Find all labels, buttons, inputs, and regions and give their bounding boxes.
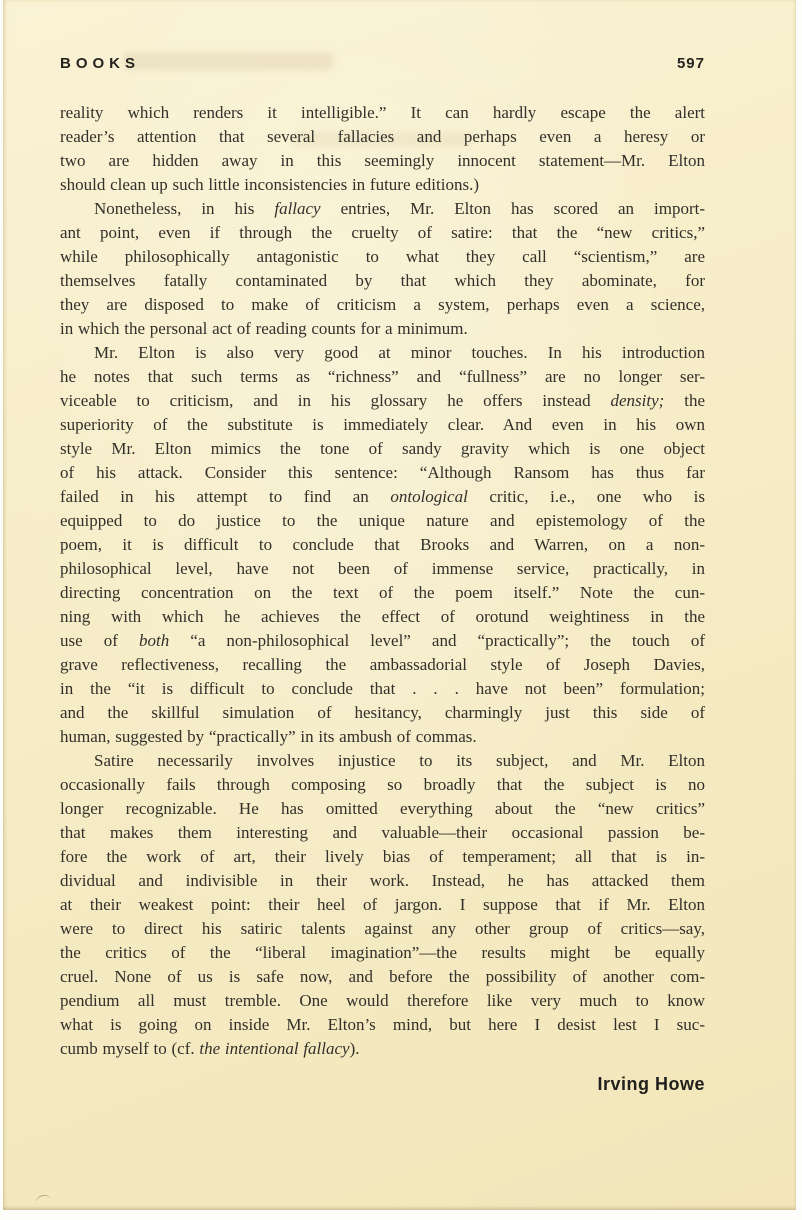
- paragraph: Mr. Elton is also very good at minor tou…: [60, 341, 705, 749]
- text-line: Satire necessarily involves injustice to…: [60, 749, 705, 773]
- text-line: at their weakest point: their heel of ja…: [60, 893, 705, 917]
- text-line: and the skillful simulation of hesitancy…: [60, 701, 705, 725]
- text-line: Nonetheless, in his fallacy entries, Mr.…: [60, 197, 705, 221]
- text-line: reality which renders it intelligible.” …: [60, 101, 705, 125]
- text-line: reader’s attention that several fallacie…: [60, 125, 705, 149]
- text-line: human, suggested by “practically” in its…: [60, 725, 705, 749]
- text-line: occasionally fails through composing so …: [60, 773, 705, 797]
- text-line: two are hidden away in this seemingly in…: [60, 149, 705, 173]
- text-line: he notes that such terms as “richness” a…: [60, 365, 705, 389]
- text-line: cruel. None of us is safe now, and befor…: [60, 965, 705, 989]
- text-line: poem, it is difficult to conclude that B…: [60, 533, 705, 557]
- text-line: the critics of the “liberal imagination”…: [60, 941, 705, 965]
- text-line: ant point, even if through the cruelty o…: [60, 221, 705, 245]
- text-line: in which the personal act of reading cou…: [60, 317, 705, 341]
- text-line: were to direct his satiric talents again…: [60, 917, 705, 941]
- page-paper: BOOKS 597 reality which renders it intel…: [3, 0, 796, 1210]
- text-line: failed in his attempt to find an ontolog…: [60, 485, 705, 509]
- text-line: pendium all must tremble. One would ther…: [60, 989, 705, 1013]
- text-line: viceable to criticism, and in his glossa…: [60, 389, 705, 413]
- text-line: while philosophically antagonistic to wh…: [60, 245, 705, 269]
- text-line: fore the work of art, their lively bias …: [60, 845, 705, 869]
- text-line: themselves fatally contaminated by that …: [60, 269, 705, 293]
- text-line: superiority of the substitute is immedia…: [60, 413, 705, 437]
- text-line: longer recognizable. He has omitted ever…: [60, 797, 705, 821]
- paragraph: Nonetheless, in his fallacy entries, Mr.…: [60, 197, 705, 341]
- text-line: Mr. Elton is also very good at minor tou…: [60, 341, 705, 365]
- text-line: they are disposed to make of criticism a…: [60, 293, 705, 317]
- text-line: in the “it is difficult to conclude that…: [60, 677, 705, 701]
- text-line: ning with which he achieves the effect o…: [60, 605, 705, 629]
- paragraph: Satire necessarily involves injustice to…: [60, 749, 705, 1061]
- running-head: BOOKS 597: [60, 55, 705, 72]
- text-line: should clean up such little inconsistenc…: [60, 173, 705, 197]
- text-line: that makes them interesting and valuable…: [60, 821, 705, 845]
- page-number: 597: [677, 55, 705, 72]
- text-line: style Mr. Elton mimics the tone of sandy…: [60, 437, 705, 461]
- text-line: directing concentration on the text of t…: [60, 581, 705, 605]
- text-line: dividual and indivisible in their work. …: [60, 869, 705, 893]
- author-signature: Irving Howe: [60, 1074, 705, 1095]
- text-line: use of both “a non-philosophical level” …: [60, 629, 705, 653]
- text-line: equipped to do justice to the unique nat…: [60, 509, 705, 533]
- scanned-book-page: { "page": { "header": { "section_label":…: [0, 0, 802, 1220]
- text-line: what is going on inside Mr. Elton’s mind…: [60, 1013, 705, 1037]
- text-line: of his attack. Consider this sentence: “…: [60, 461, 705, 485]
- page-content: BOOKS 597 reality which renders it intel…: [60, 55, 705, 1095]
- text-line: philosophical level, have not been of im…: [60, 557, 705, 581]
- paragraph: reality which renders it intelligible.” …: [60, 101, 705, 197]
- section-label: BOOKS: [60, 55, 140, 72]
- pencil-mark: [34, 1193, 51, 1204]
- body-text: reality which renders it intelligible.” …: [60, 101, 705, 1061]
- text-line: cumb myself to (cf. the intentional fall…: [60, 1037, 705, 1061]
- text-line: grave reflectiveness, recalling the amba…: [60, 653, 705, 677]
